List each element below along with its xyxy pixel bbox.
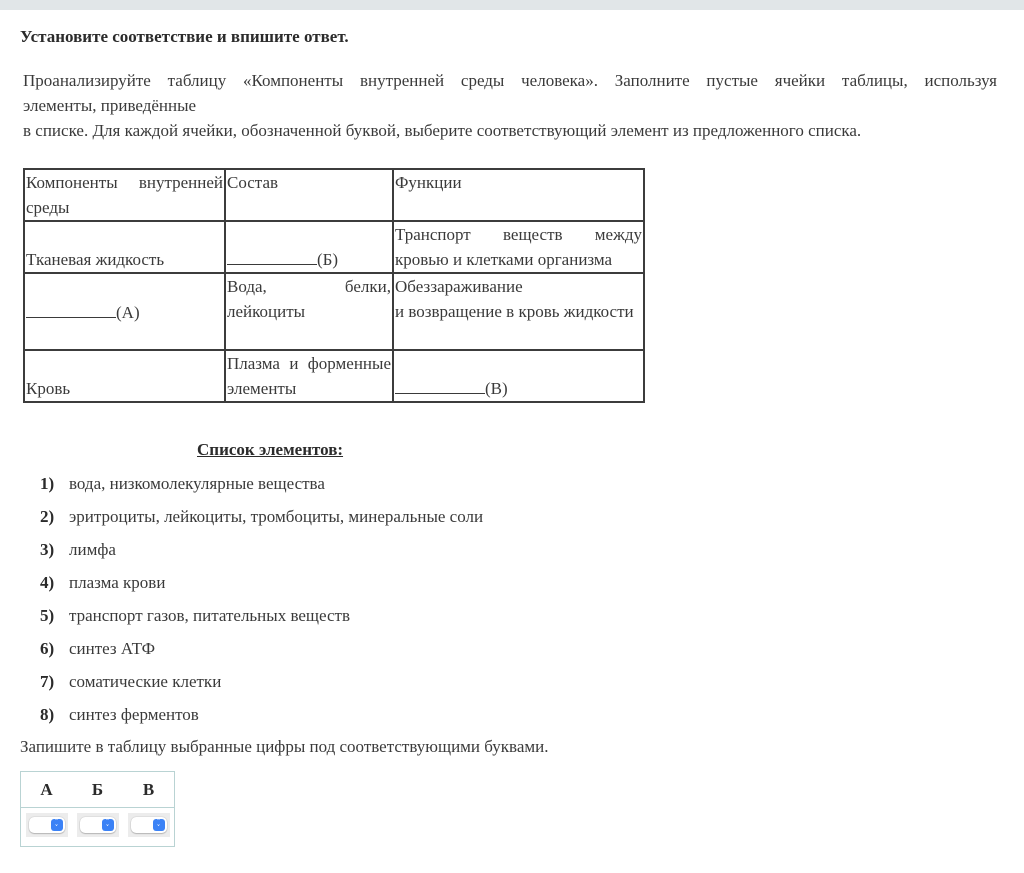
top-bar	[0, 0, 1024, 10]
cell-composition: Плазма и форменные элементы	[225, 350, 393, 402]
updown-chevron-icon: ˄˅	[51, 819, 63, 831]
answer-table: А Б В ˄˅ ˄˅ ˄˅	[20, 771, 175, 847]
cell-composition-blank: (Б)	[225, 221, 393, 273]
list-title: Список элементов:	[197, 440, 343, 460]
table-row: Тканевая жидкость (Б) Транспорт веществ …	[24, 221, 644, 273]
elements-list: 1)вода, низкомолекулярные вещества 2)эри…	[40, 474, 483, 738]
blank-line	[227, 246, 317, 265]
answer-select-v[interactable]: ˄˅	[131, 817, 167, 833]
header-components: Компоненты внутренней среды	[24, 169, 225, 221]
answer-instruction: Запишите в таблицу выбранные цифры под с…	[20, 737, 549, 757]
header-composition: Состав	[225, 169, 393, 221]
table-row: Кровь Плазма и форменные элементы (В)	[24, 350, 644, 402]
table-row: (А) Вода, белки, лейкоциты Обеззараживан…	[24, 273, 644, 350]
components-table: Компоненты внутренней среды Состав Функц…	[23, 168, 645, 403]
table-header-row: Компоненты внутренней среды Состав Функц…	[24, 169, 644, 221]
answer-select-row: ˄˅ ˄˅ ˄˅	[21, 808, 175, 847]
list-item: 3)лимфа	[40, 540, 483, 573]
list-item: 5)транспорт газов, питательных веществ	[40, 606, 483, 639]
answer-column-v: В	[123, 772, 175, 808]
header-functions: Функции	[393, 169, 644, 221]
cell-function-blank: (В)	[393, 350, 644, 402]
cell-composition: Вода, белки, лейкоциты	[225, 273, 393, 350]
intro-line-2: элементы, приведённые	[23, 93, 997, 118]
cell-function: Обеззараживание и возвращение в кровь жи…	[393, 273, 644, 350]
task-title: Установите соответствие и впишите ответ.	[20, 27, 349, 47]
updown-chevron-icon: ˄˅	[153, 819, 165, 831]
answer-column-a: А	[21, 772, 73, 808]
blank-line	[395, 375, 485, 394]
list-item: 8)синтез ферментов	[40, 705, 483, 738]
answer-column-b: Б	[72, 772, 123, 808]
intro-line-3: в списке. Для каждой ячейки, обозначенно…	[23, 118, 997, 143]
list-item: 7)соматические клетки	[40, 672, 483, 705]
updown-chevron-icon: ˄˅	[102, 819, 114, 831]
list-item: 4)плазма крови	[40, 573, 483, 606]
list-item: 1)вода, низкомолекулярные вещества	[40, 474, 483, 507]
intro-line-1: Проанализируйте таблицу «Компоненты внут…	[23, 68, 997, 93]
answer-select-b[interactable]: ˄˅	[80, 817, 116, 833]
blank-line	[26, 299, 116, 318]
cell-component: Кровь	[24, 350, 225, 402]
cell-function: Транспорт веществ между кровью и клеткам…	[393, 221, 644, 273]
cell-component-blank: (А)	[24, 273, 225, 350]
list-item: 6)синтез АТФ	[40, 639, 483, 672]
list-item: 2)эритроциты, лейкоциты, тромбоциты, мин…	[40, 507, 483, 540]
cell-component: Тканевая жидкость	[24, 221, 225, 273]
answer-header-row: А Б В	[21, 772, 175, 808]
answer-select-a[interactable]: ˄˅	[29, 817, 65, 833]
task-intro: Проанализируйте таблицу «Компоненты внут…	[23, 68, 997, 143]
